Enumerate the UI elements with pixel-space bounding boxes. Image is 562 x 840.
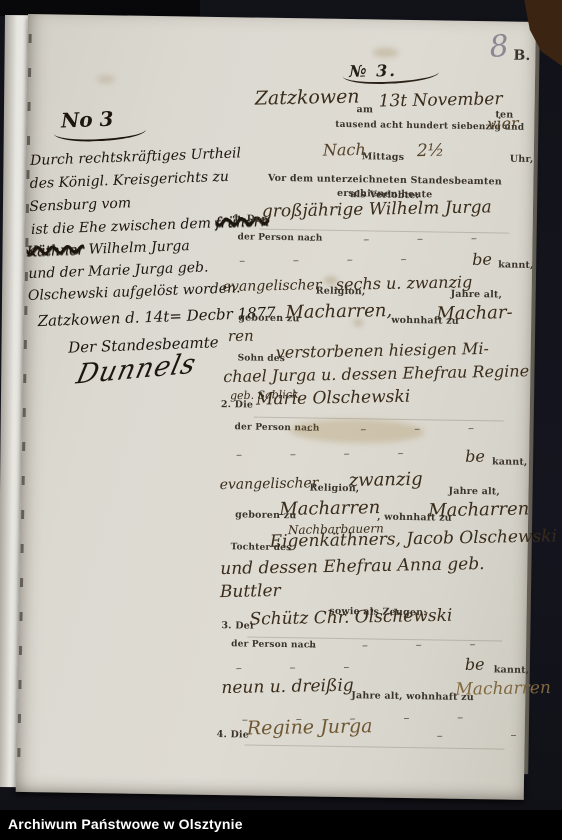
ditto-marks: – – – –	[236, 446, 404, 462]
year-entry: vier	[487, 114, 519, 134]
ditto-marks: – – – –	[239, 252, 407, 268]
margin-note-line: Käthner Wilhelm Jurga	[26, 238, 190, 260]
fox-spot	[324, 277, 338, 285]
age-entry: zwanzig	[349, 469, 423, 491]
groom-parents-line1: verstorbenen hiesigen Mi-	[276, 339, 490, 362]
birthplace-entry: Macharren,	[285, 300, 392, 323]
residence-entry: Macharren	[428, 498, 529, 521]
bride-parents-line2: und dessen Ehefrau Anna geb.	[220, 554, 485, 579]
witness1-age-entry: neun u. dreißig	[221, 676, 354, 699]
jahre-alt-label: Jahre alt,	[451, 289, 503, 301]
groom-name-entry: großjährige Wilhelm Jurga	[262, 197, 492, 221]
margin-note-line: Olschewski aufgelöst worden.	[28, 280, 241, 304]
margin-note-text: ist die Ehe zwischen dem	[31, 215, 212, 238]
margin-note-line: und der Marie Jurga geb.	[28, 259, 209, 282]
fox-spot	[353, 319, 363, 326]
book-scan-photo: 8 B. № 3. Zatzkowen am 13t November ten …	[0, 0, 562, 840]
date-entry: 13t November	[378, 89, 502, 111]
fox-spot	[97, 75, 115, 83]
bekannt-entry: be	[465, 447, 485, 466]
residence-entry: Machar-	[436, 302, 513, 324]
bride-parents-line3: Buttler	[220, 581, 281, 602]
bride-parents-line1: Eigenkäthners, Jacob Olschewski	[270, 526, 558, 552]
margin-struck-word: Käthner	[26, 242, 84, 260]
witness2-numeral: 4. Die	[217, 729, 249, 741]
margin-number-flourish	[54, 127, 146, 142]
bride-numeral: 2. Die	[221, 399, 253, 411]
document-page: 8 B. № 3. Zatzkowen am 13t November ten …	[16, 14, 536, 800]
ditto-marks: – –	[437, 728, 517, 743]
folio-letter: B.	[513, 48, 530, 64]
witness1-residence-entry: Macharren	[455, 678, 551, 700]
ditto-marks: – – – –	[308, 637, 476, 653]
time-prefix-entry: Nach	[323, 140, 366, 160]
place-entry: Zatzkowen	[254, 86, 359, 110]
ditto-marks: – – –	[236, 660, 350, 675]
archive-caption-bar: Archiwum Państwowe w Olsztynie	[0, 810, 562, 840]
bride-name-entry: Marie Olschewski	[256, 387, 411, 410]
kannt-label: kannt,	[492, 456, 528, 468]
kannt-label: kannt,	[498, 259, 534, 271]
margin-note-line: Durch rechtskräftiges Urtheil	[30, 145, 241, 169]
record-number-flourish	[343, 70, 439, 86]
witness1-name-entry: Schütz Chr. Olschewski	[249, 606, 452, 630]
bekannt-entry: be	[472, 250, 492, 269]
kannt-label: kannt,	[494, 664, 530, 676]
religion-entry: evangelischer	[223, 277, 322, 295]
person-nach-label: der Person nach	[231, 639, 316, 650]
ditto-marks: – – – –	[309, 231, 477, 247]
fox-spot	[372, 47, 398, 57]
archive-caption-text: Archiwum Państwowe w Olsztynie	[0, 810, 243, 839]
margin-note-line: Sensburg vom	[29, 195, 131, 215]
margin-note-text: Wilhelm Jurga	[88, 238, 190, 258]
witness2-name-entry: Regine Jurga	[247, 715, 373, 739]
religion-entry: evangelischer	[219, 475, 318, 493]
residence-cont-entry: ren	[228, 327, 254, 345]
birthplace-entry: Macharren	[279, 497, 380, 520]
uhr-label: Uhr,	[510, 154, 534, 165]
am-label: am	[356, 104, 373, 115]
jahre-alt-label: Jahre alt,	[448, 486, 500, 498]
ditto-marks: – – – –	[306, 421, 474, 437]
folio-number: 8	[488, 29, 510, 65]
mittags-label: Mittags	[362, 151, 405, 163]
time-entry: 2½	[417, 141, 445, 162]
bekannt-entry: be	[465, 655, 485, 674]
margin-note-line: des Königl. Kreisgerichts zu	[29, 169, 229, 192]
groom-parents-line2: chael Jurga u. dessen Ehefrau Regine	[223, 361, 529, 386]
